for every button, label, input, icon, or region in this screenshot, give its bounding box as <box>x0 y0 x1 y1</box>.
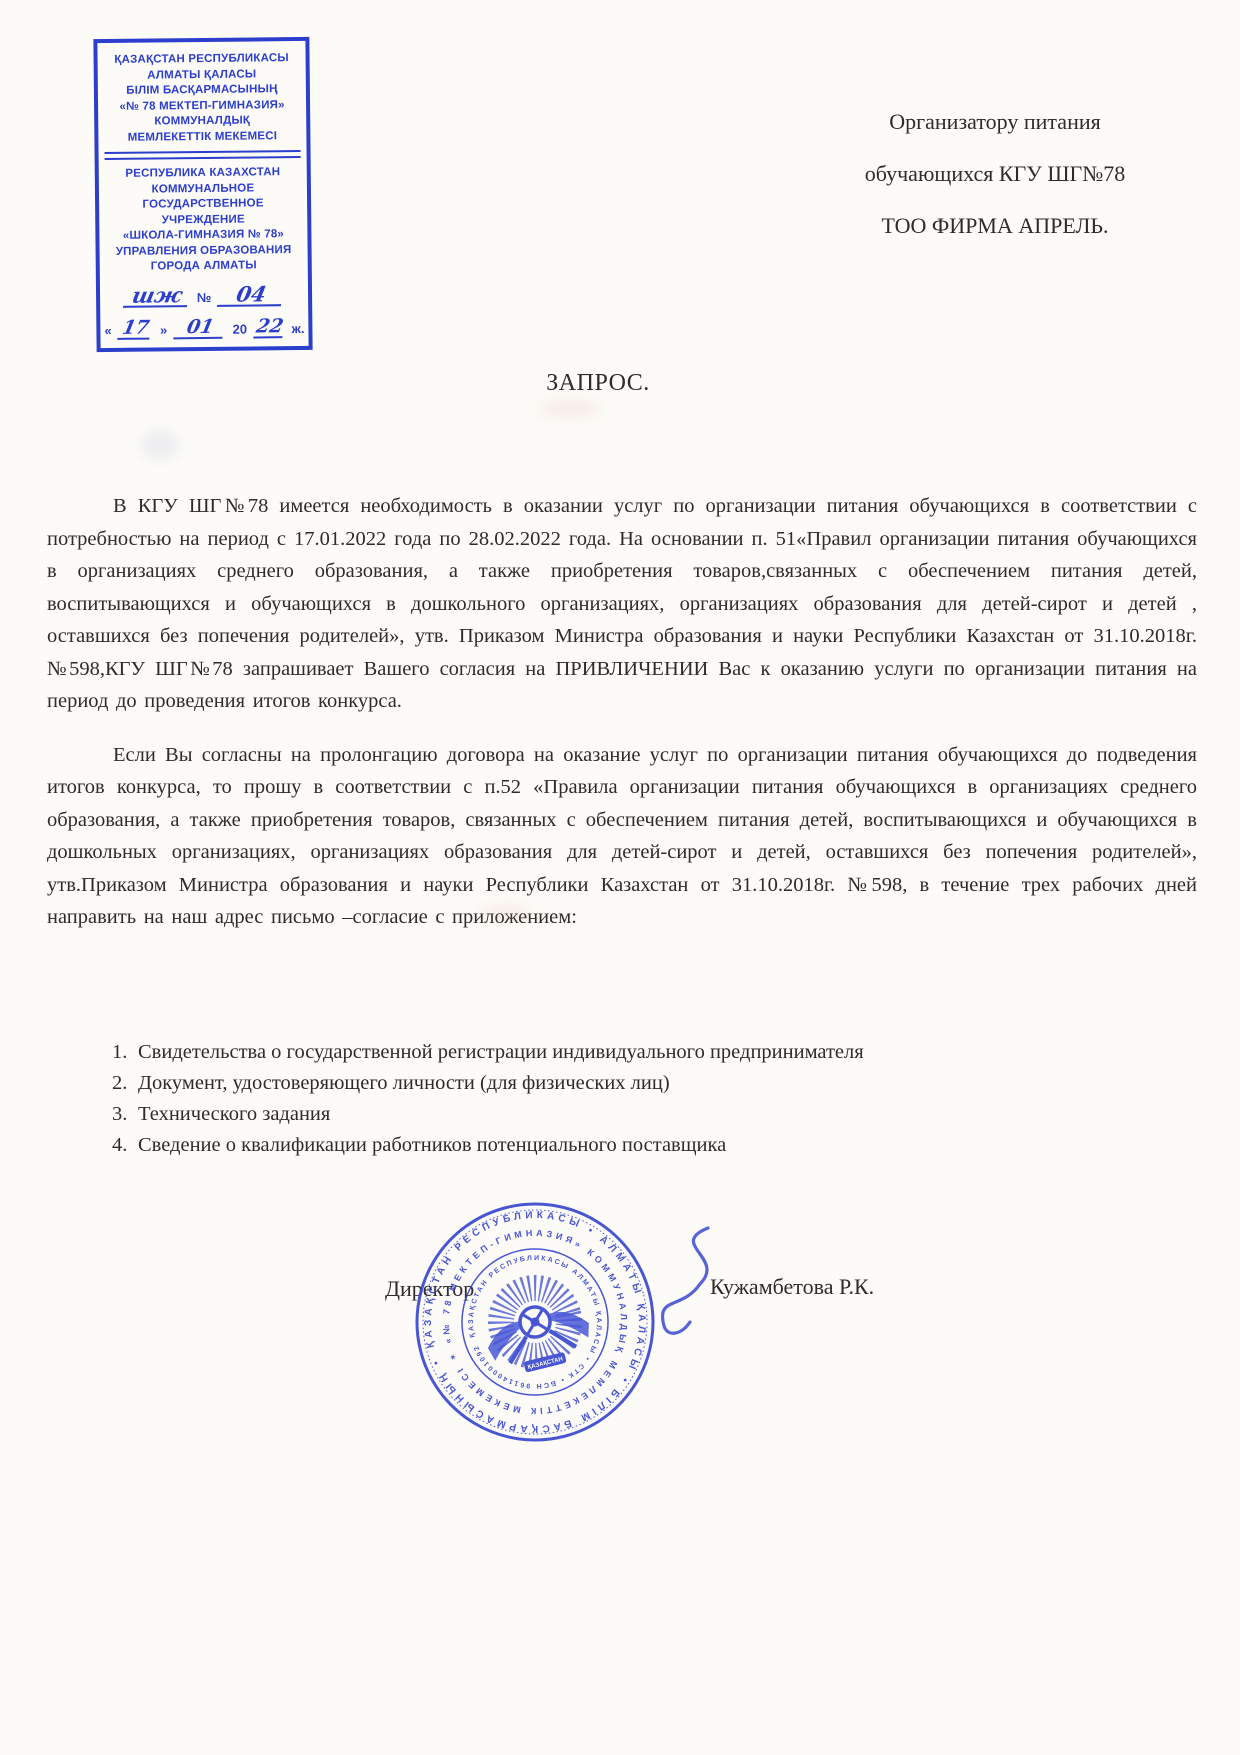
recipient-line: обучающихся КГУ ШГ№78 <box>800 148 1190 200</box>
date-century-print: 20 <box>233 320 248 338</box>
list-item-number: 2. <box>112 1068 138 1099</box>
stamp-ru-line: «ШКОЛА-ГИМНАЗИЯ № 78» <box>103 227 303 245</box>
registration-number-handwritten: 04 <box>217 284 285 307</box>
list-item: 3.Технического задания <box>112 1099 1162 1130</box>
signature-scribble <box>638 1222 768 1362</box>
date-month-handwritten: 01 <box>173 316 227 339</box>
list-item-text: Документ, удостоверяющего личности (для … <box>138 1072 670 1094</box>
date-day-handwritten: 17 <box>117 317 154 339</box>
list-item: 1.Свидетельства о государственной регист… <box>112 1037 1162 1068</box>
list-item: 4.Сведение о квалификации работников пот… <box>112 1130 1162 1161</box>
open-quote: « <box>104 321 111 339</box>
paragraph-2: Если Вы согласны на пролонгацию договора… <box>47 739 1197 934</box>
scan-artifact <box>140 430 180 460</box>
list-item-number: 1. <box>112 1037 138 1068</box>
list-item: 2.Документ, удостоверяющего личности (дл… <box>112 1068 1162 1099</box>
stamp-registration-row: шж № 04 <box>104 283 304 307</box>
stamp-kk-line: МЕМЛЕКЕТТІК МЕКЕМЕСІ <box>102 128 302 146</box>
attachments-list: 1.Свидетельства о государственной регист… <box>112 1037 1162 1161</box>
list-item-number: 4. <box>112 1130 138 1161</box>
number-sign: № <box>197 288 212 306</box>
stamp-kk-line: «№ 78 МЕКТЕП-ГИМНАЗИЯ» <box>102 97 302 115</box>
date-suffix: ж. <box>291 319 304 337</box>
date-year-handwritten: 22 <box>253 316 286 338</box>
stamp-ru-line: ГОРОДА АЛМАТЫ <box>104 258 304 276</box>
list-item-text: Свидетельства о государственной регистра… <box>138 1041 864 1063</box>
stamp-kk-line: ҚАЗАҚСТАН РЕСПУБЛИКАСЫ <box>102 51 302 69</box>
body-text: В КГУ ШГ№78 имеется необходимость в оказ… <box>47 490 1197 934</box>
recipient-line: Организатору питания <box>800 96 1190 148</box>
scanned-letter-page: ҚАЗАҚСТАН РЕСПУБЛИКАСЫ АЛМАТЫ ҚАЛАСЫ БІЛ… <box>0 0 1240 1755</box>
recipient-block: Организатору питания обучающихся КГУ ШГ№… <box>800 96 1190 252</box>
document-title: ЗАПРОС. <box>0 370 1218 397</box>
stamp-ru-line: УПРАВЛЕНИЯ ОБРАЗОВАНИЯ <box>104 242 304 260</box>
stamp-date-row: « 17 » 01 2022 ж. <box>104 315 304 339</box>
stamp-divider <box>105 150 301 160</box>
stamp-kk-line: БІЛІМ БАСҚАРМАСЫНЫҢ <box>102 82 302 100</box>
list-item-number: 3. <box>112 1099 138 1130</box>
registration-code-handwritten: шж <box>123 285 191 308</box>
list-item-text: Сведение о квалификации работников потен… <box>138 1134 726 1156</box>
stamp-ru-line: РЕСПУБЛИКА КАЗАХСТАН <box>103 165 303 183</box>
close-quote: » <box>160 321 167 339</box>
scan-artifact <box>540 400 600 418</box>
recipient-line: ТОО ФИРМА АПРЕЛЬ. <box>800 200 1190 252</box>
corner-stamp: ҚАЗАҚСТАН РЕСПУБЛИКАСЫ АЛМАТЫ ҚАЛАСЫ БІЛ… <box>93 37 312 352</box>
paragraph-1: В КГУ ШГ№78 имеется необходимость в оказ… <box>47 490 1197 718</box>
official-seal: ҚАЗАҚСТАН РЕСПУБЛИКАСЫ • АЛМАТЫ ҚАЛАСЫ •… <box>410 1197 660 1447</box>
list-item-text: Технического задания <box>138 1103 330 1125</box>
